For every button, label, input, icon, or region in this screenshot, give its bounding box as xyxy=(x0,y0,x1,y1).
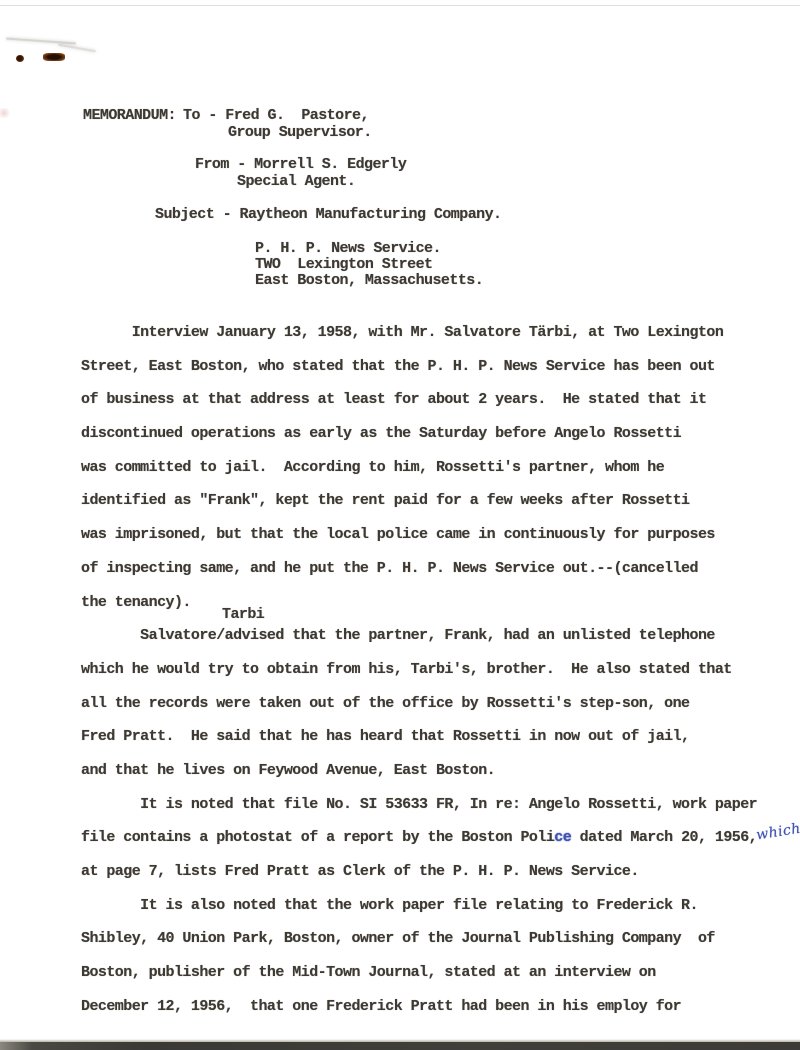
memo-from-role: Special Agent. xyxy=(237,174,355,190)
memo-address-line: East Boston, Massachusetts. xyxy=(255,273,483,289)
body-line: December 12, 1956, that one Frederick Pr… xyxy=(81,990,791,1024)
memo-header-label: MEMORANDUM: xyxy=(83,108,176,124)
typed-inserted-word-tarbi: Tarbi xyxy=(222,607,264,623)
body-line: Fred Pratt. He said that he has heard th… xyxy=(81,720,791,754)
body-line: of inspecting same, and he put the P. H.… xyxy=(81,552,791,586)
body-line: of business at that address at least for… xyxy=(81,383,791,417)
body-line: was committed to jail. According to him,… xyxy=(81,451,791,485)
rust-stain-dot xyxy=(16,55,24,62)
body-line: and that he lives on Feywood Avenue, Eas… xyxy=(81,754,791,788)
memo-to-role: Group Supervisor. xyxy=(228,125,372,141)
scanned-memo-page: MEMORANDUM: To - Fred G. Pastore, Group … xyxy=(0,0,800,1050)
body-line: Shibley, 40 Union Park, Boston, owner of… xyxy=(81,922,791,956)
scanner-bottom-band xyxy=(0,1042,800,1050)
memo-subject-line: Subject - Raytheon Manufacturing Company… xyxy=(155,207,502,223)
body-line: which he would try to obtain from his, T… xyxy=(81,653,791,687)
memo-address-line: P. H. P. News Service. xyxy=(255,241,441,257)
body-line: Salvatore/advised that the partner, Fran… xyxy=(81,619,791,653)
body-line: It is also noted that the work paper fil… xyxy=(81,889,791,923)
memo-address-line: TWO Lexington Street xyxy=(255,257,432,273)
body-line: discontinued operations as early as the … xyxy=(81,417,791,451)
body-line: all the records were taken out of the of… xyxy=(81,687,791,721)
paper-smudge xyxy=(0,108,11,118)
memo-to-line: To - Fred G. Pastore, xyxy=(183,108,369,124)
paper-top-edge xyxy=(0,5,800,6)
memo-body: Interview January 13, 1958, with Mr. Sal… xyxy=(81,316,791,1023)
blue-ink-handwritten-annotation: which xyxy=(754,813,800,853)
body-line: the tenancy). xyxy=(81,586,791,620)
body-line16-typed-post: dated March 20, 1956, xyxy=(571,829,757,846)
body-line: was imprisoned, but that the local polic… xyxy=(81,518,791,552)
body-line: Boston, publisher of the Mid-Town Journa… xyxy=(81,956,791,990)
blue-ink-correction: ce xyxy=(554,829,571,846)
body-line-with-ink-edits: file contains a photostat of a report by… xyxy=(81,821,791,855)
body-line: at page 7, lists Fred Pratt as Clerk of … xyxy=(81,855,791,889)
paper-crease-mark xyxy=(6,38,76,45)
memo-from-line: From - Morrell S. Edgerly xyxy=(195,157,406,173)
rust-stain-dash xyxy=(43,53,65,61)
body-line: Street, East Boston, who stated that the… xyxy=(81,350,791,384)
body-line: Interview January 13, 1958, with Mr. Sal… xyxy=(81,316,791,350)
body-line16-typed-pre: file contains a photostat of a report by… xyxy=(81,829,554,846)
body-line: It is noted that file No. SI 53633 FR, I… xyxy=(81,788,791,822)
body-line: identified as "Frank", kept the rent pai… xyxy=(81,484,791,518)
paper-crease-mark xyxy=(58,44,96,53)
